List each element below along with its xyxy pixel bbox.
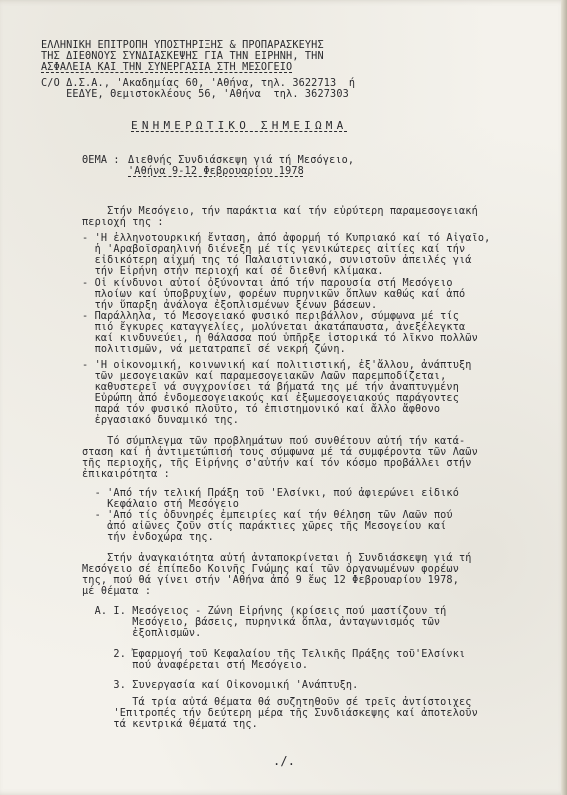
body-line: τά κεντρικά θέματά της. bbox=[82, 719, 258, 730]
body-line: 3. Συνεργασία καί Οἰκονομική 'Ανάπτυξη. bbox=[82, 680, 358, 691]
body-line: ἡ 'Αραβοϊσραηλινή διένεξη μέ τίς γενικώτ… bbox=[82, 244, 465, 255]
body-line: παρά τόν φυσικό πλοῦτο, τό ἐπιστημονικό … bbox=[82, 404, 440, 415]
continuation-mark: ./. bbox=[273, 756, 295, 767]
body-line: ἐργασιακό δυναμικό της. bbox=[82, 415, 239, 426]
body-line: περιοχή της : bbox=[82, 217, 164, 228]
body-line: τήν ὕπαρξη ἀνάλογα ἐξοπλισμένων ξένων βά… bbox=[82, 300, 377, 311]
body-line: πλοίων καί ὑποβρυχίων, φορέων πυρηνικῶν … bbox=[82, 289, 465, 300]
body-line: πού ἀναφέρεται στή Μεσόγειο. bbox=[82, 660, 308, 671]
body-line: 'Επιτροπές τήν δεύτερη μέρα τῆς Συνδιάσκ… bbox=[82, 708, 478, 719]
body-line: εἰδικότερη αἰχμή της τό Παλαιστινιακό, σ… bbox=[82, 255, 472, 266]
body-line: Κεφάλαιο στή Μεσόγειο bbox=[82, 499, 239, 510]
paper-edge bbox=[561, 0, 567, 795]
body-line: - 'Η οἰκονομική, κοινωνική καί πολιτιστι… bbox=[82, 360, 472, 371]
body-line: - Οἱ κίνδυνοι αὐτοί ὀξύνονται ἀπό τήν πα… bbox=[82, 278, 453, 289]
body-line: 2. Ἐφαρμογή τοῦ Κεφαλαίου τῆς Τελικῆς Πρ… bbox=[82, 649, 465, 660]
body-line: σταση καί ἡ ἀντιμετώπισή τους σύμφωνα μέ… bbox=[82, 447, 478, 458]
body-line: πιό ἔγκυρες καταγγελίες, μολύνεται ἀκατά… bbox=[82, 322, 465, 333]
body-line: καθυστερεῖ νά συγχρονίσει τά βήματά της … bbox=[82, 382, 459, 393]
letterhead-org-line3: ΑΣΦΑΛΕΙΑ ΚΑΙ ΤΗΝ ΣΥΝΕΡΓΑΣΙΑ ΣΤΗ ΜΕΣΟΓΕΙΟ bbox=[41, 62, 292, 73]
body-line: ἐξοπλισμῶν. bbox=[82, 628, 201, 639]
body-line: μέ θέματα : bbox=[82, 586, 151, 597]
body-line: - 'Η ἑλληνοτουρκική ἔνταση, ἀπό ἀφορμή τ… bbox=[82, 233, 490, 244]
letterhead-address-line2: ΕΕΔΥΕ, Θεμιστοκλέους 56, 'Αθήνα τηλ. 362… bbox=[41, 89, 349, 100]
body-line: Τά τρία αὐτά θέματα θά συζητηθοῦν σέ τρε… bbox=[82, 697, 472, 708]
letterhead-org-line2: ΤΗΣ ΔΙΕΘΝΟΥΣ ΣΥΝΔΙΑΣΚΕΨΗΣ ΓΙΑ ΤΗΝ ΕΙΡΗΝΗ… bbox=[41, 51, 324, 62]
document-page: ΕΛΛΗΝΙΚΗ ΕΠΙΤΡΟΠΗ ΥΠΟΣΤΗΡΙΞΗΣ & ΠΡΟΠΑΡΑΣ… bbox=[0, 0, 567, 795]
document-title: ΕΝΗΜΕΡΩΤΙΚΟ ΣΗΜΕΙΩΜΑ bbox=[131, 120, 347, 131]
body-line: Στήν ἀναγκαιότητα αὐτή ἀνταποκρίνεται ἡ … bbox=[82, 553, 472, 564]
body-line: της, πού θά γίνει στήν 'Αθήνα ἀπό 9 ἕως … bbox=[82, 575, 459, 586]
body-line: ἐπικαιρότητα : bbox=[82, 469, 170, 480]
subject-line2: 'Αθήνα 9-12 Φεβρουαρίου 1978 bbox=[128, 166, 304, 177]
body-line: Στήν Μεσόγειο, τήν παράκτια καί τήν εὐρύ… bbox=[82, 206, 478, 217]
body-line: τῶν μεσογειακῶν καί παραμεσογειακῶν Λαῶν… bbox=[82, 371, 446, 382]
body-line: Εὐρώπη ἀπό ἐνδομεσογειακούς καί ἐξωμεσογ… bbox=[82, 393, 459, 404]
body-line: τήν ἐνδοχώρα της. bbox=[82, 532, 214, 543]
body-line: Μεσόγειο σέ ἐπίπεδο Κοινῆς Γνώμης καί τῶ… bbox=[82, 564, 459, 575]
body-line: τήν Εἰρήνη στήν περιοχή καί σέ διεθνή κλ… bbox=[82, 266, 384, 277]
body-line: τῆς περιοχῆς, τῆς Εἰρήνης σ'αὐτήν καί τό… bbox=[82, 458, 472, 469]
body-line: Μεσόγειο, βάσεις, πυρηνικά ὅπλα, ἀνταγων… bbox=[82, 617, 440, 628]
subject-label: ΘΕΜΑ : bbox=[82, 155, 120, 166]
body-line: καί κινδυνεύει, ἡ θάλασσα πού ὑπῆρξε ἱστ… bbox=[82, 333, 478, 344]
letterhead-org-line1: ΕΛΛΗΝΙΚΗ ΕΠΙΤΡΟΠΗ ΥΠΟΣΤΗΡΙΞΗΣ & ΠΡΟΠΑΡΑΣ… bbox=[41, 40, 324, 51]
body-line: - Παράλληλα, τό Μεσογειακό φυσικό περιβά… bbox=[82, 311, 459, 322]
body-line: ἀπό αἰῶνες ζοῦν στίς παράκτιες χῶρες τῆς… bbox=[82, 521, 446, 532]
body-line: - 'Από τίς ὀδυνηρές ἐμπειρίες καί τήν θέ… bbox=[82, 510, 453, 521]
letterhead-address-line1: C/O Δ.Σ.Α., 'Ακαδημίας 60, 'Αθήνα, τηλ. … bbox=[41, 78, 355, 89]
body-line: πολιτισμῶν, νά μετατραπεῖ σέ νεκρή ζώνη. bbox=[82, 344, 346, 355]
body-line: Α. Ι. Μεσόγειος - Ζώνη Εἰρήνης (κρίσεις … bbox=[82, 606, 446, 617]
body-line: Τό σύμπλεγμα τῶν προβλημάτων πού συνθέτο… bbox=[82, 436, 465, 447]
body-line: - 'Από τήν τελική Πράξη τοῦ 'Ελσίνκι, πο… bbox=[82, 488, 459, 499]
subject-line1: Διεθνής Συνδιάσκεψη γιά τή Μεσόγειο, bbox=[128, 155, 354, 166]
